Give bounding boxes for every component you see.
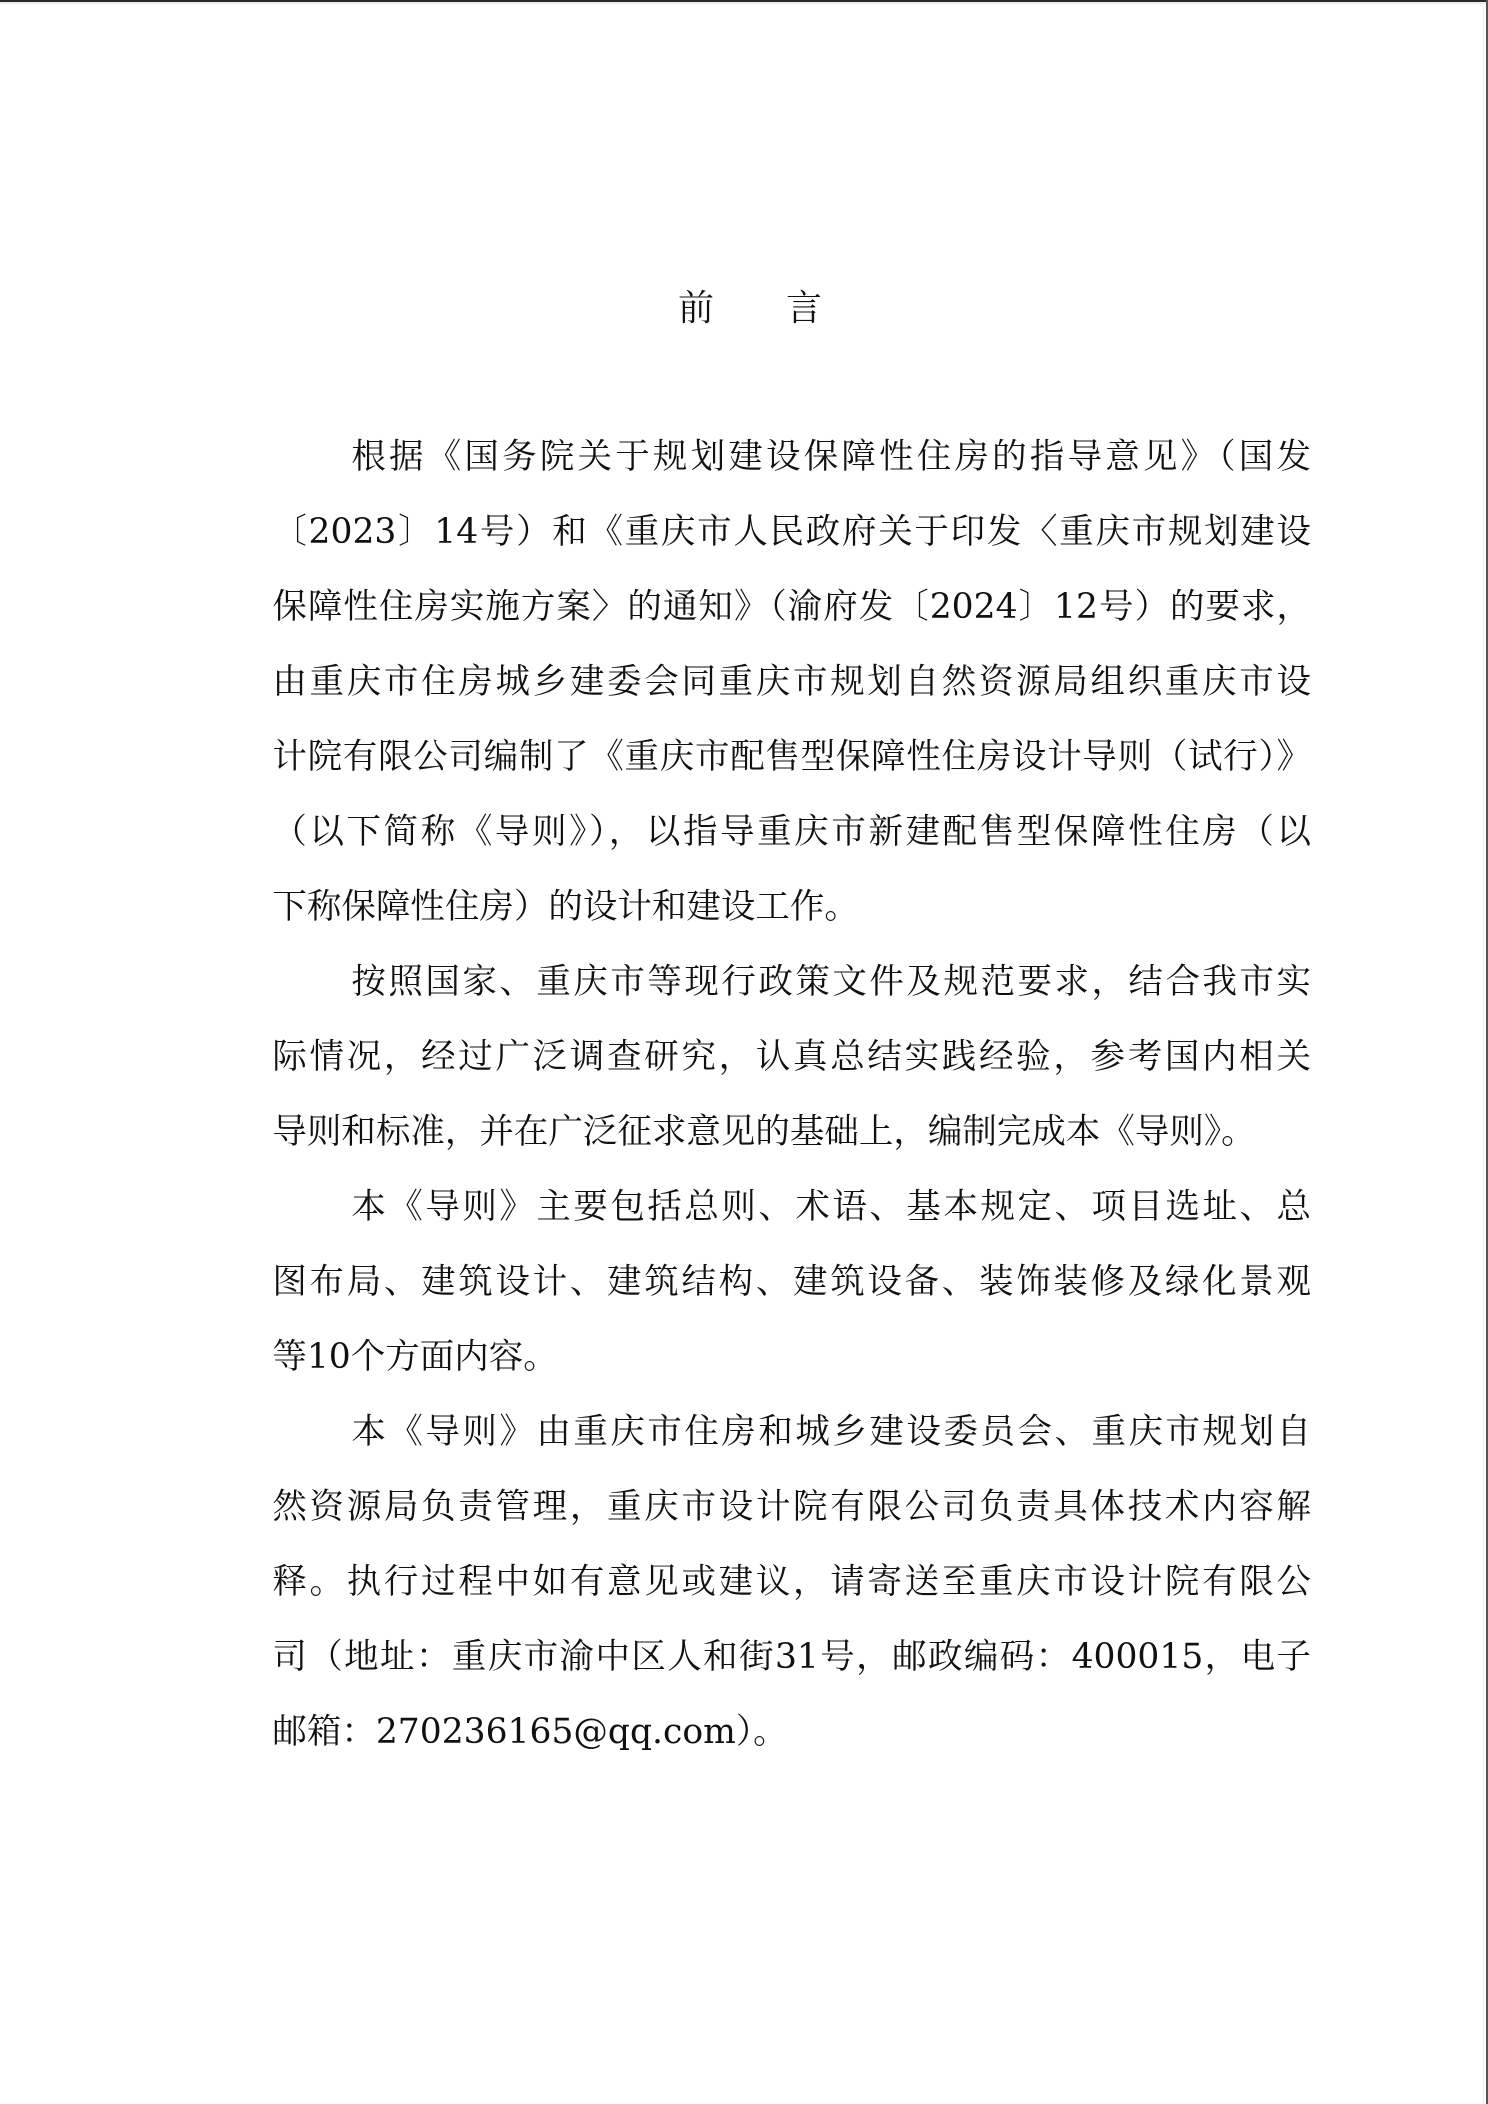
page-title: 前 言: [0, 284, 1488, 334]
text-line: 按照国家、重庆市等现行政策文件及规范要求，结合我市实: [193, 945, 1311, 1020]
text-line: 本《导则》由重庆市住房和城乡建设委员会、重庆市规划自: [193, 1395, 1311, 1470]
page-top-border-shadow: [0, 2, 1488, 4]
text-line: 释。执行过程中如有意见或建议，请寄送至重庆市设计院有限公: [193, 1545, 1311, 1620]
text-line: （以下简称《导则》），以指导重庆市新建配售型保障性住房（以: [193, 795, 1311, 870]
text-line: 邮箱：270236165@qq.com）。: [193, 1695, 1311, 1770]
text-line: 司（地址：重庆市渝中区人和街31号，邮政编码：400015，电子: [193, 1620, 1311, 1695]
text-line: 计院有限公司编制了《重庆市配售型保障性住房设计导则（试行）》: [193, 720, 1311, 795]
paragraph-2: 按照国家、重庆市等现行政策文件及规范要求，结合我市实 际情况，经过广泛调查研究，…: [193, 945, 1311, 1170]
paragraph-1: 根据《国务院关于规划建设保障性住房的指导意见》（国发 〔2023〕14号）和《重…: [193, 420, 1311, 945]
text-line: 际情况，经过广泛调查研究，认真总结实践经验，参考国内相关: [193, 1020, 1311, 1095]
text-line: 然资源局负责管理，重庆市设计院有限公司负责具体技术内容解: [193, 1470, 1311, 1545]
text-line: 等10个方面内容。: [193, 1320, 1311, 1395]
text-line: 〔2023〕14号）和《重庆市人民政府关于印发〈重庆市规划建设: [193, 495, 1311, 570]
text-line: 保障性住房实施方案〉的通知》（渝府发〔2024〕12号）的要求，: [193, 570, 1311, 645]
text-line: 图布局、建筑设计、建筑结构、建筑设备、装饰装修及绿化景观: [193, 1245, 1311, 1320]
text-line: 由重庆市住房城乡建委会同重庆市规划自然资源局组织重庆市设: [193, 645, 1311, 720]
text-line: 根据《国务院关于规划建设保障性住房的指导意见》（国发: [193, 420, 1311, 495]
text-line: 下称保障性住房）的设计和建设工作。: [193, 870, 1311, 945]
text-line: 导则和标准，并在广泛征求意见的基础上，编制完成本《导则》。: [193, 1095, 1311, 1170]
preface-body: 根据《国务院关于规划建设保障性住房的指导意见》（国发 〔2023〕14号）和《重…: [193, 420, 1311, 1770]
paragraph-3: 本《导则》主要包括总则、术语、基本规定、项目选址、总 图布局、建筑设计、建筑结构…: [193, 1170, 1311, 1395]
paragraph-4: 本《导则》由重庆市住房和城乡建设委员会、重庆市规划自 然资源局负责管理，重庆市设…: [193, 1395, 1311, 1770]
text-line: 本《导则》主要包括总则、术语、基本规定、项目选址、总: [193, 1170, 1311, 1245]
